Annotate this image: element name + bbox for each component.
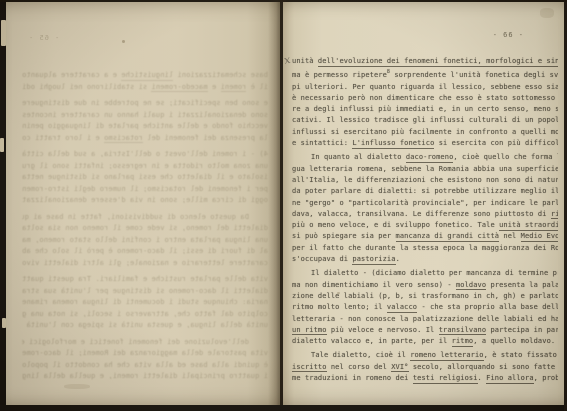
text-segment: pi ulteriori. Per quanto riguarda il les…	[292, 83, 558, 91]
typed-line: Il dialetto - (diciamo dialetto per manc…	[292, 268, 558, 279]
text-segment: base schematizzazioni	[173, 71, 268, 79]
bleedthrough-line: sono denazionalizzati i quali hanno un c…	[22, 110, 268, 122]
text-segment: la presenza dei fenomeni del	[143, 134, 268, 142]
typed-line: letteraria - non conosce la palatizzazio…	[292, 314, 558, 325]
text-segment: dialetti il daco-romeno si distingue per…	[22, 287, 268, 295]
text-segment: carattere letterario e nazionale; gli al…	[22, 259, 268, 267]
text-segment: nel	[499, 232, 521, 240]
typed-line: cativi. Il lessico tradisce gli influssi…	[292, 115, 558, 126]
bleedthrough-line: oggi di circa mille; sono in via d'esser…	[22, 195, 268, 207]
bleedthrough-line: vita pastorale della maggioranza dei Rom…	[22, 348, 268, 360]
underlined-phrase: macedo-romeni	[151, 83, 207, 93]
right-page-text: unità dell'evoluzione dei fenomeni fonet…	[292, 56, 558, 384]
text-segment: e i loro tratti comuni.	[22, 134, 104, 142]
typed-line: gua letteraria romena, sebbene la Romani…	[292, 164, 558, 175]
bleedthrough-line: una lingua parlata entro i confini dello…	[22, 235, 268, 247]
typed-line: dava, valacca, transilvana. Le differenz…	[292, 209, 558, 220]
typed-line: ne "gergo" o "particolarità provinciale"…	[292, 198, 558, 209]
paper-stain	[64, 384, 90, 389]
text-segment: nel corso del	[327, 363, 392, 371]
underlined-phrase: unità straordinaria	[499, 221, 558, 231]
typed-line: ritmo molto lento; il valacco - che sta …	[292, 302, 558, 313]
text-segment: - che sta proprio alla base della lingua	[417, 303, 558, 311]
text-segment: i quattro principali dialetti romeni, e …	[22, 372, 268, 380]
bleedthrough-line: carattere letterario e nazionale; gli al…	[22, 258, 268, 270]
text-segment: isolato e il dialetto che essi parlano s…	[22, 173, 268, 181]
typed-line: unità dell'evoluzione dei fenomeni fonet…	[292, 56, 558, 67]
underlined-phrase: valacco	[387, 303, 417, 313]
text-segment: , probabilmen-	[534, 374, 558, 382]
paragraph: 4) - i romeni dell'ovest o dell'Istria, …	[22, 149, 268, 207]
page-number-left: - 65 -	[28, 34, 59, 42]
text-segment: influssi si esercitano più facilmente in…	[292, 128, 558, 136]
bleedthrough-line: è quindi alla base ed alla vita che ha c…	[22, 360, 268, 372]
scanned-document: - 65 - base schematizzazioni linguistich…	[0, 0, 567, 411]
typed-line: In quanto al dialetto daco-romeno, cioè …	[292, 152, 558, 163]
underlined-phrase: mancanza di grandi città	[396, 232, 500, 242]
text-segment: re a degli influssi più immediati e, in …	[292, 105, 558, 113]
text-segment: ma è permesso ripetere	[292, 71, 387, 79]
ink-speck	[337, 292, 340, 294]
bleedthrough-line: vita delle parlate rustiche e familiari.…	[22, 274, 268, 286]
typed-line: pi ulteriori. Per quanto riguarda il les…	[292, 82, 558, 93]
torn-paper-chip	[2, 318, 6, 328]
typed-line: zione delle labiali (p, b, si trasforman…	[292, 291, 558, 302]
typed-line: ma è permesso ripetere8 sorprendente l'u…	[292, 67, 558, 81]
bleedthrough-line: dialetti il daco-romeno si distingue per…	[22, 286, 268, 298]
text-segment: Tale dialetto, cioè il	[311, 351, 410, 359]
bleedthrough-line: 4) - i romeni dell'ovest o dell'Istria, …	[22, 149, 268, 161]
left-page: - 65 - base schematizzazioni linguistich…	[6, 2, 280, 405]
text-segment: dell'evoluzione dei fenomeni fonetici e …	[22, 338, 249, 346]
bleedthrough-line: base schematizzazioni linguistiche e a c…	[22, 70, 268, 82]
right-page: - 66 - x unità dell'evoluzione dei fenom…	[283, 2, 564, 405]
bleedthrough-line: per i fenomeni del rotacismo; il numero …	[22, 184, 268, 196]
text-segment: sorprendente l'unità fonetica degli svil…	[390, 71, 558, 79]
text-segment: naria: chiunque studi i documenti di lin…	[22, 298, 268, 306]
text-segment: dialetto valacco e, in parte, per il	[292, 337, 452, 345]
text-segment: gua letteraria romena, sebbene la Romani…	[292, 165, 558, 173]
text-segment: dava, valacca, transilvana. Le differenz…	[292, 210, 551, 218]
underlined-phrase: Fino allora	[486, 374, 533, 384]
text-segment: e	[208, 83, 221, 91]
text-segment: .	[478, 374, 487, 382]
paragraph: vita delle parlate rustiche e familiari.…	[22, 274, 268, 332]
underlined-phrase: ritmo	[452, 337, 474, 347]
underlined-phrase: L'influsso fonetico	[352, 139, 434, 149]
text-segment: al di fuori di essi; il daco-romeno è pe…	[22, 247, 268, 255]
underlined-phrase: daco-romeno	[406, 153, 453, 163]
scan-edge-left	[0, 0, 6, 411]
text-segment: all'Italia, le differenziazioni che esis…	[292, 176, 558, 184]
text-segment: ne "gergo" o "particolarità provinciale"…	[292, 199, 558, 207]
typed-line: ma non dimentichiamo il vero senso) - mo…	[292, 280, 558, 291]
text-segment: zione delle labiali (p, b, si trasforman…	[292, 292, 558, 300]
text-segment: e a carattere alquanto misto	[22, 71, 121, 79]
text-segment: In quanto al dialetto	[311, 153, 406, 161]
text-segment: , a quello moldavo.	[473, 337, 555, 345]
paragraph: In quanto al dialetto daco-romeno, cioè …	[292, 152, 558, 265]
underlined-phrase: iscritto	[292, 363, 327, 373]
underlined-phrase: linguistiche	[121, 71, 173, 81]
text-segment: più o meno veloce, e di sviluppo fonetic…	[292, 221, 499, 229]
paragraph: dell'evoluzione dei fenomeni fonetici e …	[22, 337, 268, 383]
underlined-phrase: un ritmo	[292, 326, 327, 336]
text-segment: una lingua parlata entro i confini dello…	[22, 236, 268, 244]
text-segment: è necessario però non dimenticare che es…	[292, 94, 558, 102]
text-segment: presenta la palatizza-	[486, 281, 558, 289]
bleedthrough-line: dialetti del romeno, si vede come il rom…	[22, 223, 268, 235]
text-segment: si esercita con più difficoltà.	[434, 139, 558, 147]
underlined-phrase: romeno letterario	[410, 351, 483, 361]
typed-line: per il fatto che durante la stessa epoca…	[292, 243, 558, 254]
text-segment: è quindi alla base ed alla vita che ha c…	[22, 361, 268, 369]
left-page-bleedthrough-text: base schematizzazioni linguistiche e a c…	[22, 70, 268, 383]
underlined-phrase: testi religiosi	[413, 374, 478, 384]
text-segment: colpito dal fatto che, attraverso i seco…	[22, 310, 268, 318]
typed-line: da poter parlare di dialetti: si potrebb…	[292, 186, 558, 197]
text-segment: una zona molto ridotta e in regresso; in…	[22, 162, 268, 170]
text-segment: per il fatto che durante la stessa epoca…	[292, 244, 558, 252]
text-segment: letteraria - non conosce la palatizzazio…	[292, 315, 558, 323]
paragraph: e sono ben specificati; se ne potrebbe i…	[22, 98, 268, 144]
bleedthrough-line: unità della lingua, e questa unità si sp…	[22, 320, 268, 332]
text-segment: si può spiegare sia per	[292, 232, 396, 240]
typed-line: è necessario però non dimenticare che es…	[292, 93, 558, 104]
underlined-phrase: romeni	[221, 83, 247, 93]
underlined-phrase: ritmo	[551, 210, 558, 220]
text-segment: ma non dimentichiamo il vero senso) -	[292, 281, 456, 289]
paragraph: Da questo elenco di suddivisioni, fatte …	[22, 212, 268, 270]
text-segment: vecchio fondo e delle antiche parlate di…	[22, 122, 268, 130]
typed-line: e sintattici: L'influsso fonetico si ese…	[292, 138, 558, 149]
bleedthrough-line: la presenza dei fenomeni del rotacismo e…	[22, 133, 268, 145]
underlined-phrase: transilvano	[439, 326, 486, 336]
bleedthrough-line: colpito dal fatto che, attraverso i seco…	[22, 309, 268, 321]
bleedthrough-line: vecchio fondo e delle antiche parlate di…	[22, 121, 268, 133]
text-segment: vita delle parlate rustiche e familiari.…	[22, 275, 268, 283]
typed-line: più o meno veloce, e di sviluppo fonetic…	[292, 220, 558, 231]
bleedthrough-line: Da questo elenco di suddivisioni, fatte …	[22, 212, 268, 224]
typed-line: re a degli influssi più immediati e, in …	[292, 104, 558, 115]
underlined-phrase: moldavo	[456, 281, 486, 291]
page-number-right: - 66 -	[493, 31, 524, 39]
text-segment: ritmo molto lento; il	[292, 303, 387, 311]
typed-line: si può spiegare sia per mancanza di gran…	[292, 231, 558, 242]
text-segment: Da questo elenco di suddivisioni, fatte …	[22, 213, 249, 221]
underlined-phrase: pastorizia	[352, 255, 395, 265]
underlined-phrase: XVI°	[391, 363, 408, 373]
text-segment: s'occupava di	[292, 255, 352, 263]
text-segment: si stabilirono nei luoghi odierni	[22, 83, 151, 91]
text-segment: Il dialetto - (diciamo dialetto per manc…	[311, 269, 558, 277]
text-segment: vita pastorale della maggioranza dei Rom…	[22, 349, 268, 357]
text-segment: dialetti del romeno, si vede come il rom…	[22, 224, 268, 232]
bleedthrough-line: al di fuori di essi; il daco-romeno è pe…	[22, 246, 268, 258]
paragraph: Tale dialetto, cioè il romeno letterario…	[292, 350, 558, 384]
paragraph: base schematizzazioni linguistiche e a c…	[22, 70, 268, 93]
text-segment: e sintattici:	[292, 139, 352, 147]
text-segment: 4) - i romeni dell'ovest o dell'Istria, …	[22, 150, 268, 158]
underlined-phrase: rotacismo	[104, 134, 143, 144]
text-segment: sono denazionalizzati i quali hanno un c…	[22, 111, 268, 119]
text-segment: da poter parlare di dialetti: si potrebb…	[292, 187, 558, 195]
typed-line: Tale dialetto, cioè il romeno letterario…	[292, 350, 558, 361]
text-segment: .	[396, 255, 400, 263]
typed-line: iscritto nel corso del XVI° secolo, allo…	[292, 362, 558, 373]
underlined-phrase: dell'evoluzione dei fenomeni fonetici, m…	[318, 57, 558, 67]
text-segment: , cioè quello che forma la lin-	[453, 153, 558, 161]
bleedthrough-line: e sono ben specificati; se ne potrebbe i…	[22, 98, 268, 110]
paragraph: unità dell'evoluzione dei fenomeni fonet…	[292, 56, 558, 149]
scan-edge-top	[0, 0, 567, 2]
typed-line: me traduzioni in romeno dei testi religi…	[292, 373, 558, 384]
text-segment: partecipa in parte al	[486, 326, 558, 334]
underlined-phrase: Medio Evo	[521, 232, 558, 242]
scan-edge-bottom	[0, 405, 567, 411]
bleedthrough-line: isolato e il dialetto che essi parlano s…	[22, 172, 268, 184]
text-segment: secolo, allorquando si sono fatte le pri…	[409, 363, 559, 371]
torn-paper-chip	[1, 20, 6, 46]
text-segment: me traduzioni in romeno dei	[292, 374, 413, 382]
text-segment: cativi. Il lessico tradisce gli influssi…	[292, 116, 558, 124]
ink-speck	[122, 40, 125, 43]
bleedthrough-line: dell'evoluzione dei fenomeni fonetici e …	[22, 337, 268, 349]
text-segment: unità	[292, 57, 318, 65]
torn-paper-chip	[0, 138, 4, 152]
typed-line: s'occupava di pastorizia.	[292, 254, 558, 265]
bleedthrough-line: il è romeni e macedo-romeni si stabiliro…	[22, 82, 268, 94]
typed-line: all'Italia, le differenziazioni che esis…	[292, 175, 558, 186]
text-segment: oggi di circa mille; sono in via d'esser…	[22, 196, 268, 204]
paper-stain	[540, 8, 554, 18]
paragraph: Il dialetto - (diciamo dialetto per manc…	[292, 268, 558, 347]
text-segment: unità della lingua, e questa unità si sp…	[26, 321, 268, 329]
typed-line: influssi si esercitano più facilmente in…	[292, 127, 558, 138]
text-segment: , è stato fissato per	[484, 351, 558, 359]
bleedthrough-line: i quattro principali dialetti romeni, e …	[22, 371, 268, 383]
text-segment: più veloce e nervoso. Il	[327, 326, 439, 334]
text-segment: e sono ben specificati; se ne potrebbe i…	[22, 99, 268, 107]
text-segment: il è	[246, 83, 268, 91]
text-segment: per i fenomeni del rotacismo; il numero …	[22, 185, 268, 193]
bleedthrough-line: una zona molto ridotta e in regresso; in…	[22, 161, 268, 173]
typed-line: un ritmo più veloce e nervoso. Il transi…	[292, 325, 558, 336]
bleedthrough-line: naria: chiunque studi i documenti di lin…	[22, 297, 268, 309]
typed-line: dialetto valacco e, in parte, per il rit…	[292, 336, 558, 347]
